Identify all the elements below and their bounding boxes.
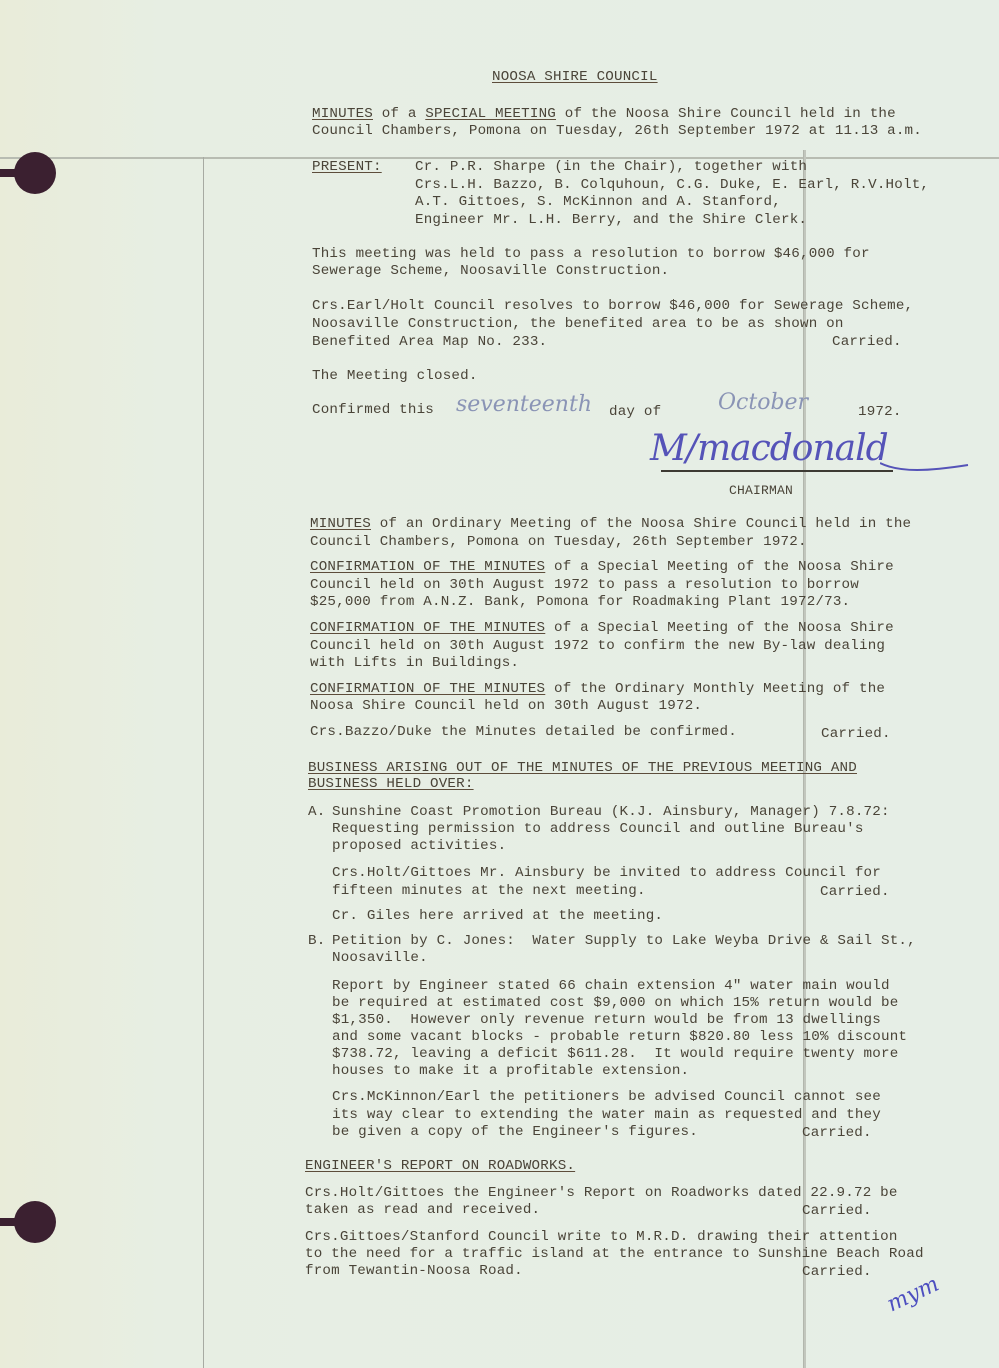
day-of-label: day of — [609, 404, 661, 421]
report-line: be required at estimated cost $9,000 on … — [332, 995, 898, 1012]
item-b-line: Noosaville. — [332, 950, 428, 967]
item-b-motion: its way clear to extending the water mai… — [332, 1107, 881, 1124]
confirmed-label: Confirmed this — [312, 402, 434, 419]
special-meeting-heading: MINUTES of a SPECIAL MEETING of the Noos… — [312, 106, 896, 123]
present-line: Cr. P.R. Sharpe (in the Chair), together… — [415, 159, 807, 176]
confirmation-text: of the Ordinary Monthly Meeting of the — [545, 681, 885, 697]
punch-hole-bottom — [14, 1201, 56, 1243]
roadworks-motion: from Tewantin-Noosa Road. — [305, 1263, 523, 1280]
chairman-signature: M/macdonald — [650, 428, 888, 469]
special-meeting-label: SPECIAL MEETING — [425, 106, 556, 122]
report-line: and some vacant blocks - probable return… — [332, 1029, 907, 1046]
confirmation-text: of a Special Meeting of the Noosa Shire — [545, 620, 894, 636]
minutes-label: MINUTES — [312, 106, 373, 122]
confirmation-label: CONFIRMATION OF THE MINUTES — [310, 620, 545, 636]
roadworks-motion: Crs.Holt/Gittoes the Engineer's Report o… — [305, 1185, 898, 1202]
roadworks-motion: taken as read and received. — [305, 1202, 540, 1219]
handwritten-day: seventeenth — [456, 392, 592, 417]
item-a-motion: Crs.Holt/Gittoes Mr. Ainsbury be invited… — [332, 865, 881, 882]
handwritten-month: October — [718, 390, 808, 415]
resolution-line: Crs.Earl/Holt Council resolves to borrow… — [312, 298, 913, 315]
confirmation-item: CONFIRMATION OF THE MINUTES of the Ordin… — [310, 681, 885, 698]
present-line: Engineer Mr. L.H. Berry, and the Shire C… — [415, 212, 807, 229]
meeting-closed: The Meeting closed. — [312, 368, 478, 385]
heading-text: of an Ordinary Meeting of the Noosa Shir… — [371, 516, 911, 532]
ordinary-meeting-heading-line2: Council Chambers, Pomona on Tuesday, 26t… — [310, 534, 807, 551]
confirmation-item: CONFIRMATION OF THE MINUTES of a Special… — [310, 559, 894, 576]
report-line: houses to make it a profitable extension… — [332, 1063, 689, 1080]
item-a-line: Sunshine Coast Promotion Bureau (K.J. Ai… — [332, 804, 890, 821]
confirmation-line: Council held on 30th August 1972 to pass… — [310, 577, 859, 594]
status-carried: Carried. — [802, 1203, 872, 1220]
heading-text: of the Noosa Shire Council held in the — [556, 106, 896, 122]
signature-line — [661, 470, 893, 472]
business-heading-line2: BUSINESS HELD OVER: — [308, 776, 474, 793]
heading-text: of a — [373, 106, 425, 122]
confirmation-label: CONFIRMATION OF THE MINUTES — [310, 681, 545, 697]
confirmation-line: Council held on 30th August 1972 to conf… — [310, 638, 885, 655]
ordinary-meeting-heading: MINUTES of an Ordinary Meeting of the No… — [310, 516, 911, 533]
punch-hole-top — [14, 152, 56, 194]
purpose-line: This meeting was held to pass a resoluti… — [312, 246, 870, 263]
purpose-line: Sewerage Scheme, Noosaville Construction… — [312, 263, 669, 280]
resolution-line: Noosaville Construction, the benefited a… — [312, 316, 844, 333]
special-meeting-heading-line2: Council Chambers, Pomona on Tuesday, 26t… — [312, 123, 922, 140]
confirmation-line: with Lifts in Buildings. — [310, 655, 519, 672]
report-line: $1,350. However only revenue return woul… — [332, 1012, 881, 1029]
minutes-label: MINUTES — [310, 516, 371, 532]
present-line: A.T. Gittoes, S. McKinnon and A. Stanfor… — [415, 194, 781, 211]
present-label: PRESENT: — [312, 159, 382, 176]
item-marker: B. — [308, 933, 325, 950]
roadworks-motion: Crs.Gittoes/Stanford Council write to M.… — [305, 1229, 898, 1246]
confirmation-line: Noosa Shire Council held on 30th August … — [310, 698, 702, 715]
confirmation-text: of a Special Meeting of the Noosa Shire — [545, 559, 894, 575]
resolution-line: Benefited Area Map No. 233. — [312, 334, 547, 351]
status-carried: Carried. — [802, 1125, 872, 1142]
confirmed-year: 1972. — [858, 404, 902, 421]
report-line: $738.72, leaving a deficit $611.28. It w… — [332, 1046, 898, 1063]
status-carried: Carried. — [802, 1264, 872, 1281]
item-b-motion: Crs.McKinnon/Earl the petitioners be adv… — [332, 1089, 881, 1106]
business-heading: BUSINESS ARISING OUT OF THE MINUTES OF T… — [308, 760, 857, 777]
present-line: Crs.L.H. Bazzo, B. Colquhoun, C.G. Duke,… — [415, 177, 929, 194]
item-a-line: proposed activities. — [332, 838, 506, 855]
document-title: NOOSA SHIRE COUNCIL — [492, 69, 658, 86]
margin-line — [203, 157, 204, 1368]
item-b-line: Petition by C. Jones: Water Supply to La… — [332, 933, 916, 950]
chairman-title: CHAIRMAN — [729, 482, 793, 499]
confirmation-label: CONFIRMATION OF THE MINUTES — [310, 559, 545, 575]
item-marker: A. — [308, 804, 325, 821]
roadworks-motion: to the need for a traffic island at the … — [305, 1246, 924, 1263]
item-a-motion: fifteen minutes at the next meeting. — [332, 883, 646, 900]
item-b-motion: be given a copy of the Engineer's figure… — [332, 1124, 698, 1141]
status-carried: Carried. — [820, 884, 890, 901]
engineer-report-heading: ENGINEER'S REPORT ON ROADWORKS. — [305, 1158, 575, 1175]
item-a-note: Cr. Giles here arrived at the meeting. — [332, 908, 663, 925]
item-a-line: Requesting permission to address Council… — [332, 821, 864, 838]
signature-flourish — [880, 455, 970, 475]
confirmation-item: CONFIRMATION OF THE MINUTES of a Special… — [310, 620, 894, 637]
report-line: Report by Engineer stated 66 chain exten… — [332, 978, 890, 995]
confirm-motion: Crs.Bazzo/Duke the Minutes detailed be c… — [310, 724, 737, 741]
confirmation-line: $25,000 from A.N.Z. Bank, Pomona for Roa… — [310, 594, 850, 611]
status-carried: Carried. — [821, 726, 891, 743]
status-carried: Carried. — [832, 334, 902, 351]
